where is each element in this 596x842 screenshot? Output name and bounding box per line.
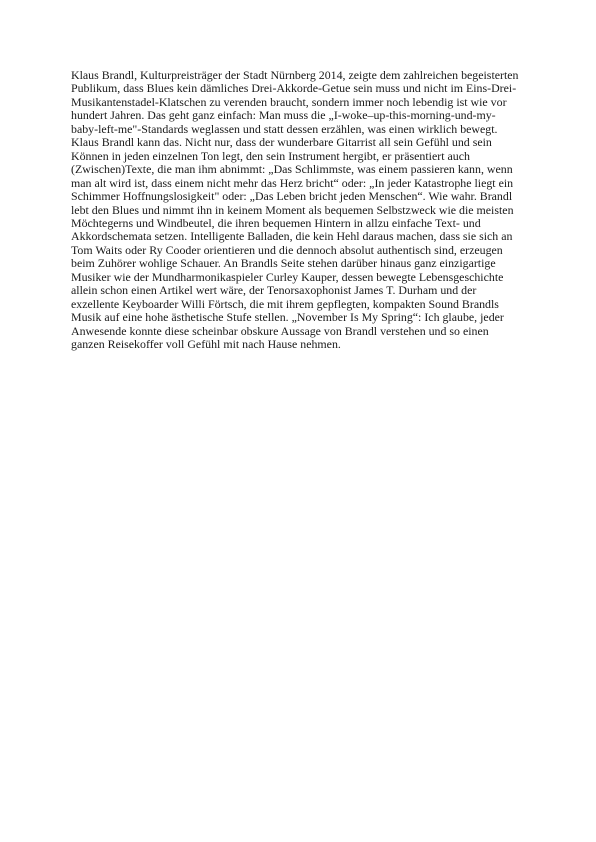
text-line: Musikantenstadel-Klatschen zu verenden b…	[71, 96, 541, 109]
text-line: baby-left-me"-Standards weglassen und st…	[71, 123, 541, 136]
text-line: ganzen Reisekoffer voll Gefühl mit nach …	[71, 338, 541, 351]
text-line: Anwesende konnte diese scheinbar obskure…	[71, 325, 541, 338]
text-line: Schimmer Hoffnungslosigkeit" oder: „Das …	[71, 190, 541, 203]
text-line: Tom Waits oder Ry Cooder orientieren und…	[71, 244, 541, 257]
text-line: hundert Jahren. Das geht ganz einfach: M…	[71, 109, 541, 122]
text-line: Können in jeden einzelnen Ton legt, den …	[71, 150, 541, 163]
text-line: lebt den Blues und nimmt ihn in keinem M…	[71, 204, 541, 217]
document-page: Klaus Brandl, Kulturpreisträger der Stad…	[0, 0, 596, 842]
text-line: exzellente Keyboarder Willi Förtsch, die…	[71, 298, 541, 311]
text-line: man alt wird ist, dass einem nicht mehr …	[71, 177, 541, 190]
text-line: Publikum, dass Blues kein dämliches Drei…	[71, 82, 541, 95]
text-line: Musik auf eine hohe ästhetische Stufe st…	[71, 311, 541, 324]
text-line: Klaus Brandl kann das. Nicht nur, dass d…	[71, 136, 541, 149]
text-line: Musiker wie der Mundharmonikaspieler Cur…	[71, 271, 541, 284]
text-line: Akkordschemata setzen. Intelligente Ball…	[71, 230, 541, 243]
text-line: Möchtegerns und Windbeutel, die ihren be…	[71, 217, 541, 230]
text-line: beim Zuhörer wohlige Schauer. An Brandls…	[71, 257, 541, 270]
text-line: (Zwischen)Texte, die man ihm abnimmt: „D…	[71, 163, 541, 176]
article-paragraph: Klaus Brandl, Kulturpreisträger der Stad…	[71, 69, 541, 352]
text-line: Klaus Brandl, Kulturpreisträger der Stad…	[71, 69, 541, 82]
text-line: allein schon einen Artikel wert wäre, de…	[71, 284, 541, 297]
